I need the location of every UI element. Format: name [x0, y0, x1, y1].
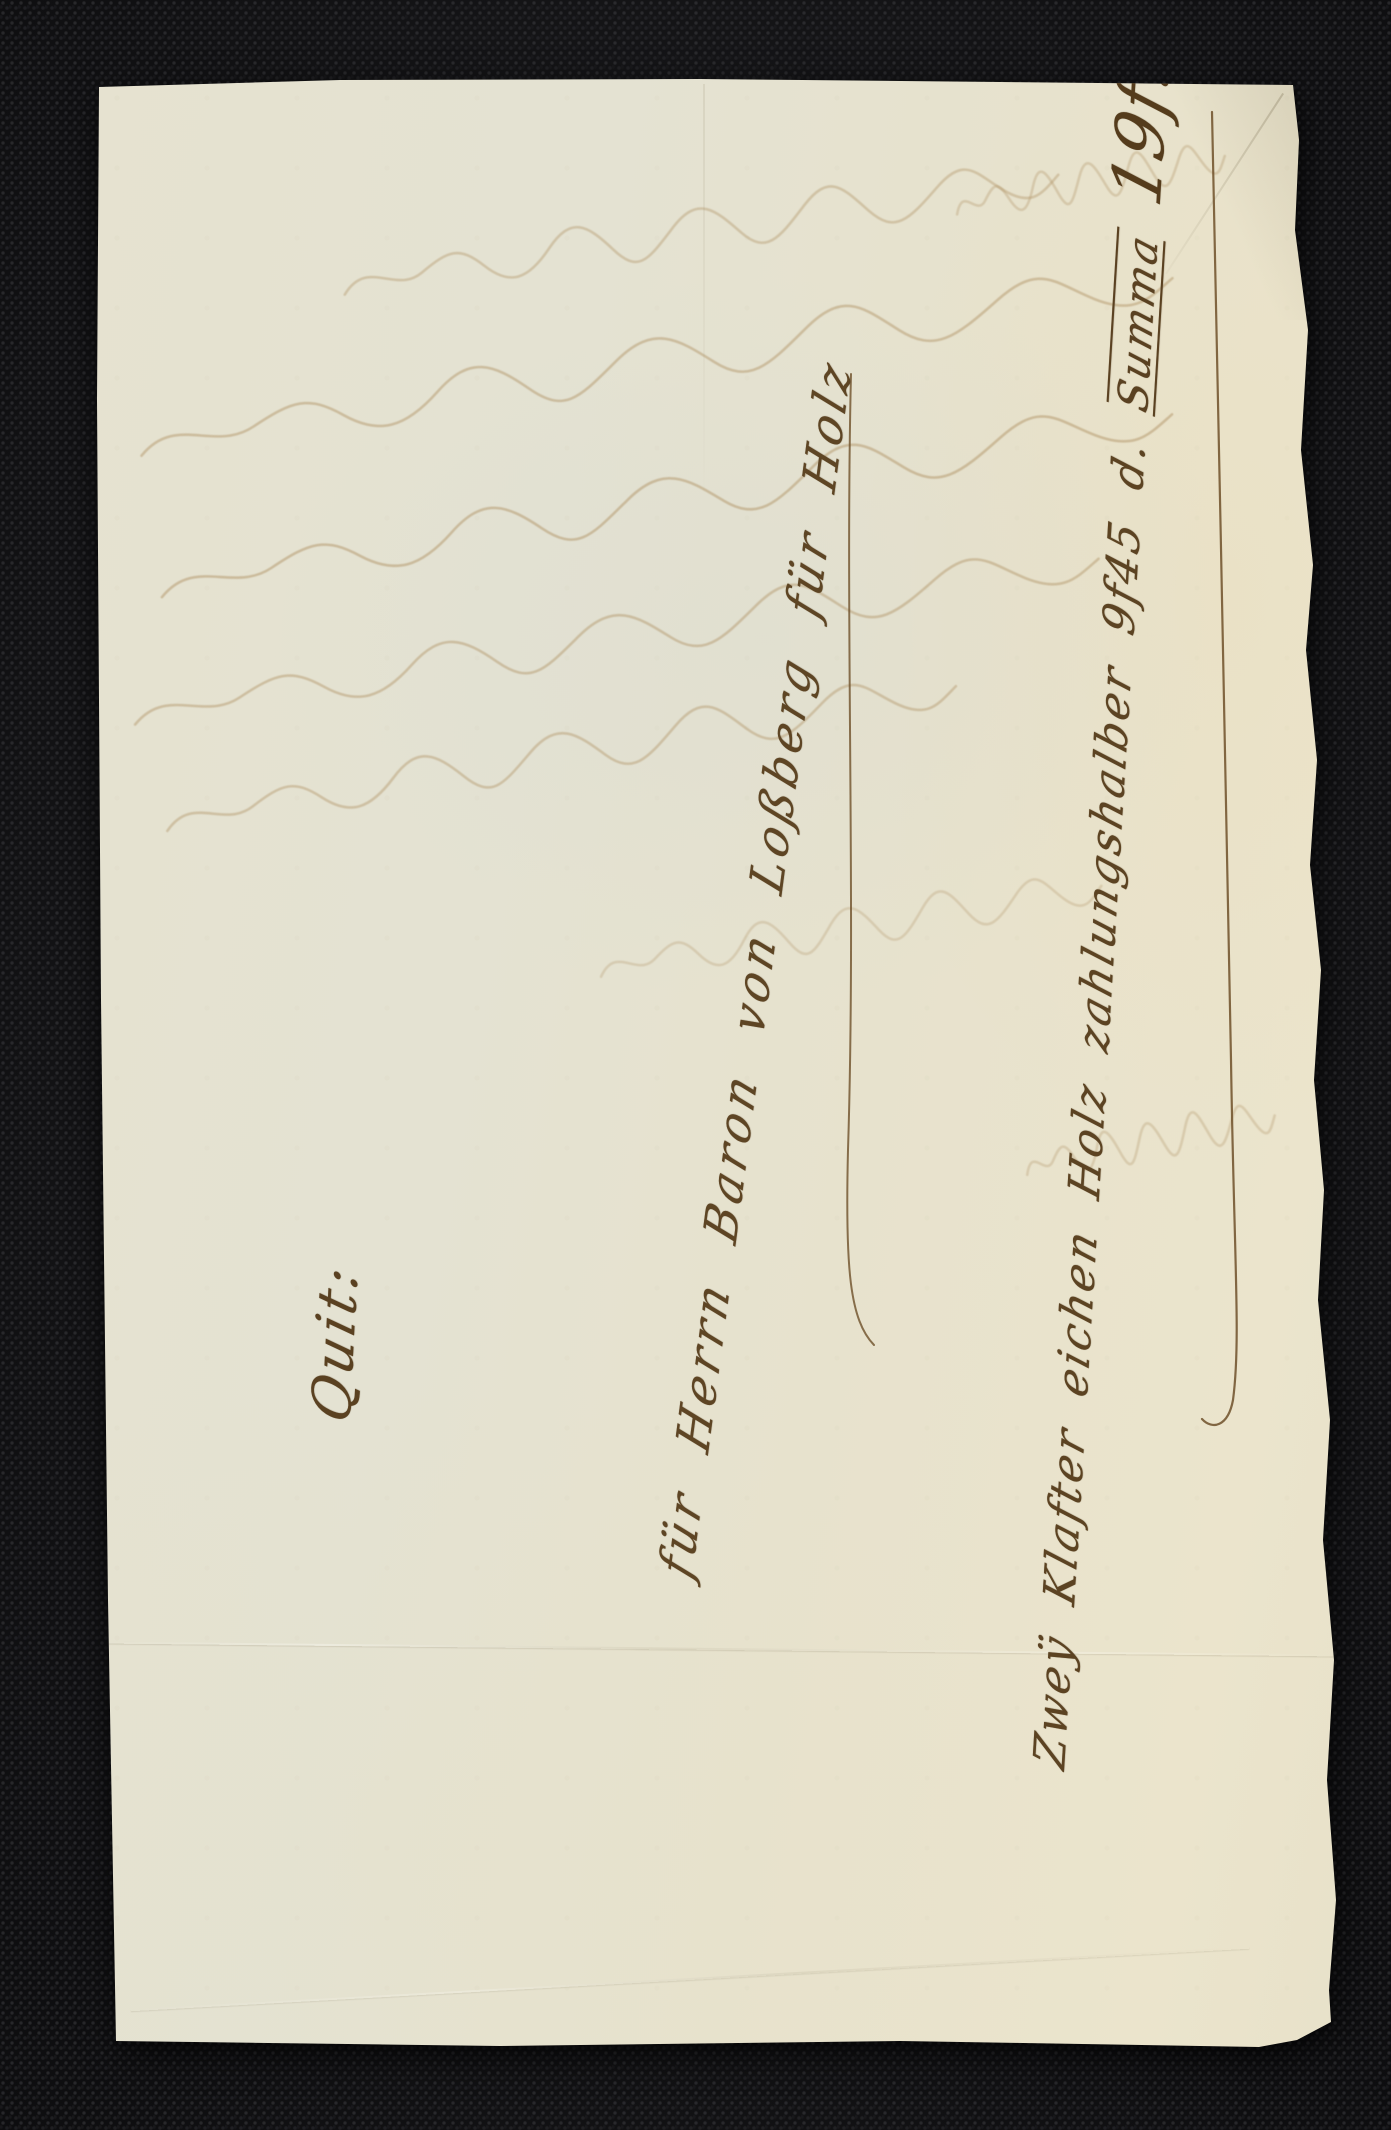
heading-underline-rule [847, 374, 874, 1345]
heading-line: für Herrn Baron von Loßberg für Holz [650, 350, 863, 1585]
photograph: Zweÿ Klafter eichen Holz zahlungshalber … [0, 0, 1391, 2130]
docket-word: Quit: [300, 1256, 370, 1429]
amount-body-text: Zweÿ Klafter eichen Holz zahlungshalber … [1025, 432, 1156, 1775]
bleedthrough-line [151, 663, 968, 848]
receipt-paper-shadow: Zweÿ Klafter eichen Holz zahlungshalber … [0, 0, 1391, 2130]
horizontal-fold-crease [100, 1642, 1340, 1657]
sum-word: Summa [1109, 227, 1168, 417]
bleedthrough-line [330, 151, 1070, 312]
bleedthrough-line [117, 534, 1113, 742]
receipt-paper: Zweÿ Klafter eichen Holz zahlungshalber … [0, 0, 1391, 2130]
vertical-crease [703, 84, 705, 514]
amount-line: Zweÿ Klafter eichen Holz zahlungshalber … [1003, 0, 1196, 1776]
bleedthrough-line [143, 389, 1188, 616]
bottom-crease [131, 1947, 1249, 2012]
bleedthrough-line [122, 252, 1188, 475]
bleedthrough-line [590, 865, 1111, 992]
